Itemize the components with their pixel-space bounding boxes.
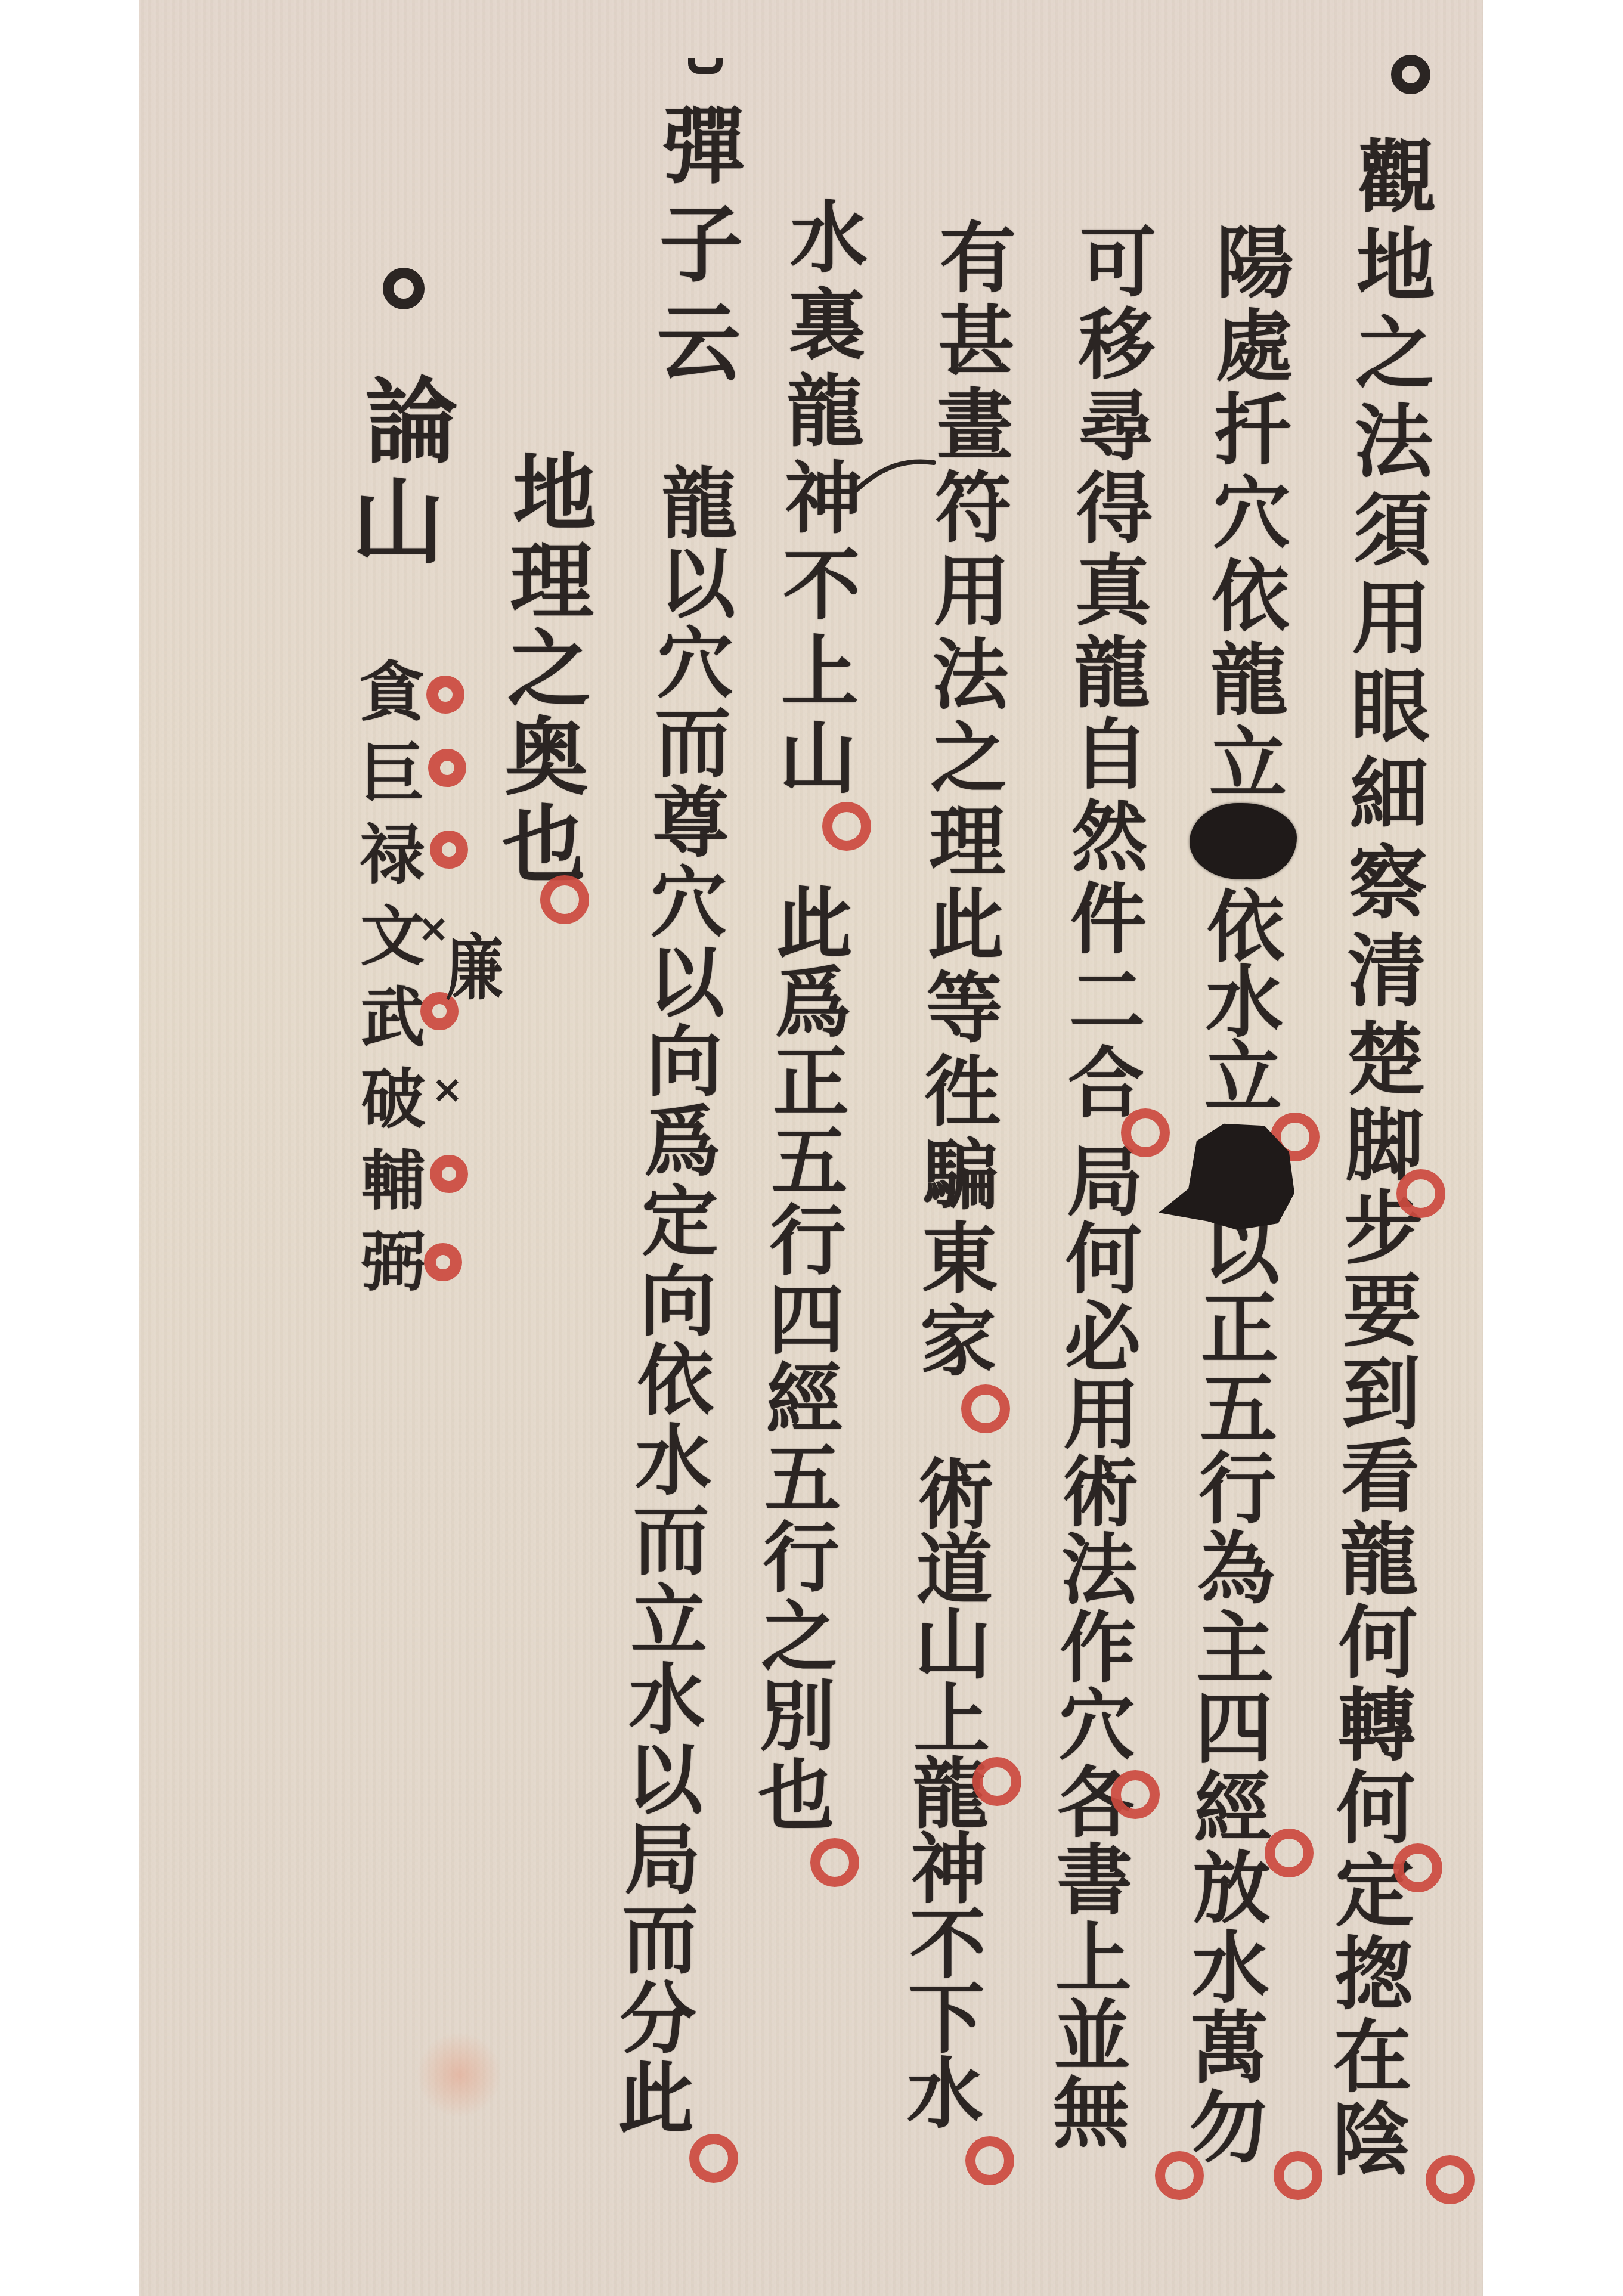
character: 龍	[786, 373, 864, 450]
character: 五	[1200, 1370, 1277, 1448]
character: 局	[1067, 1144, 1143, 1220]
red-circle-punctuation-icon	[430, 1155, 468, 1193]
character: 件	[1070, 882, 1147, 958]
character: 水	[1192, 1929, 1269, 2007]
character: 山	[352, 475, 445, 568]
character: 山	[915, 1607, 991, 1683]
character: 不	[909, 1907, 986, 1983]
character: 分	[620, 1981, 696, 2058]
ink-blot-deletion	[1159, 1121, 1294, 1230]
character: 法	[1061, 1532, 1137, 1609]
character: 武	[361, 986, 425, 1050]
character: 甚	[938, 304, 1014, 380]
character: 破	[361, 1067, 425, 1132]
character: 之	[761, 1600, 838, 1676]
character: 揔	[1334, 1935, 1413, 2014]
character: 上	[781, 633, 859, 711]
character: 水	[628, 1662, 705, 1739]
red-circle-punctuation-icon	[822, 802, 871, 851]
character: 觀	[1358, 138, 1436, 217]
character: 尋	[1077, 389, 1154, 465]
character: 轉	[1337, 1687, 1416, 1765]
character: 然	[1071, 800, 1148, 876]
ink-blot-deletion	[1190, 803, 1297, 879]
character: 定	[642, 1184, 718, 1260]
character: 何	[1339, 1604, 1417, 1683]
character: 依	[1207, 888, 1284, 966]
character: 主	[1196, 1610, 1274, 1687]
character: 神	[911, 1832, 987, 1908]
character: 察	[1349, 844, 1427, 923]
character: 立	[1209, 725, 1287, 802]
red-circle-punctuation-icon	[810, 1838, 859, 1887]
character: 術	[1062, 1455, 1138, 1531]
red-circle-punctuation-icon	[1265, 1829, 1314, 1877]
character: 向	[646, 1024, 722, 1101]
character: 真	[1075, 553, 1151, 630]
character: 彈	[662, 105, 745, 188]
character: 而	[633, 1503, 710, 1579]
character: 家	[920, 1304, 996, 1380]
character: 道	[916, 1532, 993, 1609]
character: 穴	[651, 865, 727, 941]
character: 神	[785, 460, 862, 537]
character: 巨	[360, 742, 424, 806]
character: 龍	[1340, 1521, 1418, 1600]
character: 之	[1355, 315, 1434, 393]
character: 清	[1348, 932, 1426, 1011]
character: 四	[1195, 1690, 1273, 1767]
manuscript-text-area: 觀地之法須用眼細察清楚脚步要到看龍何轉何定揔在陰陽處扦穴依龍立依水立以正五行為主…	[0, 0, 1623, 2296]
character: 用	[934, 554, 1010, 630]
character: 法	[932, 637, 1008, 714]
character: 別	[760, 1679, 836, 1755]
character: 用	[1063, 1377, 1139, 1454]
character: 穴	[1213, 475, 1290, 552]
character: 禄	[360, 823, 425, 887]
character: 依	[637, 1343, 714, 1420]
red-circle-punctuation-icon	[1274, 2151, 1322, 2200]
red-circle-punctuation-icon	[430, 831, 468, 869]
character: 也	[758, 1758, 834, 1835]
character: 陰	[1332, 2101, 1411, 2180]
character: 理	[929, 804, 1005, 881]
character: 子	[659, 203, 743, 287]
character: 等	[926, 971, 1002, 1047]
character: 行	[1198, 1450, 1276, 1527]
character: 水	[790, 199, 868, 277]
character: 徃	[925, 1054, 1001, 1130]
character: 裏	[788, 286, 866, 364]
character: 貪	[360, 660, 424, 724]
character: 尊	[652, 785, 729, 862]
character: 可	[1080, 225, 1156, 301]
character: 而	[622, 1902, 698, 1978]
character: 以	[627, 1742, 703, 1818]
character: 水	[907, 2056, 983, 2133]
character: 此	[928, 887, 1004, 963]
character: 理	[510, 540, 593, 624]
character: 正	[1201, 1290, 1278, 1368]
red-circle-punctuation-icon	[689, 2134, 738, 2183]
character: 到	[1342, 1355, 1421, 1434]
character: 穴	[1059, 1688, 1135, 1764]
character: 向	[639, 1264, 716, 1340]
character: 行	[770, 1203, 846, 1279]
character: 爲	[644, 1104, 720, 1180]
character: 水	[1206, 963, 1283, 1041]
character: 以	[648, 945, 724, 1021]
character: 看	[1341, 1438, 1420, 1517]
character: 用	[1352, 580, 1431, 658]
character: 必	[1064, 1300, 1141, 1376]
character: 此	[618, 2061, 694, 2137]
red-circle-punctuation-icon	[428, 749, 466, 787]
character: 爲	[775, 965, 851, 1042]
character: 經	[1194, 1770, 1272, 1847]
character: 立	[1204, 1039, 1282, 1116]
character: 東	[922, 1221, 998, 1297]
character: 依	[1212, 558, 1289, 636]
red-circle-punctuation-icon	[1426, 2155, 1475, 2204]
character: 正	[773, 1045, 849, 1121]
character: 並	[1054, 1998, 1130, 2075]
character: 合	[1068, 1046, 1144, 1122]
character: 得	[1076, 471, 1153, 547]
character: 無	[1053, 2076, 1129, 2152]
character: 輔	[361, 1149, 426, 1213]
character: 扦	[1214, 391, 1291, 469]
character: 須	[1353, 491, 1432, 570]
character: 龍	[1074, 636, 1150, 712]
quotation-start-mark	[688, 58, 723, 74]
character: 細	[1350, 756, 1429, 835]
character: 上	[913, 1682, 990, 1758]
red-circle-punctuation-icon	[965, 2136, 1014, 2185]
section-start-circle-icon	[1391, 55, 1430, 94]
character: 自	[1073, 717, 1149, 794]
red-circle-punctuation-icon	[1155, 2151, 1204, 2200]
character: 為	[1197, 1530, 1275, 1607]
section-start-circle-icon	[383, 268, 425, 309]
character: 經	[766, 1362, 843, 1438]
character: 弼	[361, 1230, 426, 1294]
red-circle-punctuation-icon	[1393, 1843, 1442, 1892]
character: 勿	[1190, 2089, 1267, 2167]
red-circle-punctuation-icon	[1121, 1108, 1170, 1157]
character: 之	[507, 628, 591, 711]
character: 以	[659, 546, 735, 622]
character: 龍	[661, 466, 738, 543]
character: 何	[1336, 1770, 1415, 1848]
character: 有	[940, 221, 1016, 297]
character: 二	[1069, 963, 1145, 1040]
character: 此	[776, 886, 853, 962]
character: 四	[768, 1282, 844, 1359]
character: 地	[513, 452, 596, 535]
character: 陽	[1216, 224, 1294, 302]
character: 下	[908, 1981, 984, 2058]
character: 要	[1343, 1272, 1421, 1351]
character: 在	[1333, 2018, 1412, 2097]
character: 楚	[1346, 1021, 1425, 1099]
character: 放	[1193, 1849, 1271, 1927]
character: 地	[1356, 227, 1435, 305]
character: 之	[931, 721, 1007, 797]
character: 移	[1079, 307, 1155, 383]
character: 文	[360, 904, 425, 969]
character: 水	[635, 1423, 711, 1499]
character: 穴	[657, 626, 733, 702]
character: 符	[935, 470, 1011, 547]
character: 不	[783, 546, 860, 624]
character: 騙	[923, 1138, 999, 1214]
character: 行	[763, 1520, 839, 1597]
red-circle-punctuation-icon	[540, 875, 589, 924]
character: 論	[366, 375, 458, 467]
cross-mark: ×	[431, 1071, 463, 1109]
character: 奥	[504, 716, 588, 800]
character: 作	[1060, 1610, 1136, 1687]
cross-mark: ×	[417, 910, 450, 948]
character: 上	[1055, 1921, 1132, 1997]
character: 局	[624, 1822, 701, 1898]
character: 法	[1354, 403, 1433, 482]
red-circle-punctuation-icon	[1396, 1169, 1445, 1218]
character: 也	[502, 804, 586, 887]
character: 書	[1057, 1843, 1133, 1919]
character: 畫	[937, 388, 1013, 464]
character: 而	[655, 705, 731, 782]
character: 五	[772, 1124, 848, 1200]
character: 何	[1066, 1222, 1142, 1298]
character: 眼	[1351, 668, 1430, 746]
marginal-insertion-character: 廉	[446, 933, 504, 1003]
character: 云	[657, 302, 741, 385]
red-circle-punctuation-icon	[1111, 1770, 1160, 1819]
character: 龍	[1210, 642, 1288, 719]
character: 立	[631, 1583, 707, 1659]
character: 處	[1215, 308, 1293, 385]
red-circle-punctuation-icon	[424, 1243, 462, 1281]
red-circle-punctuation-icon	[426, 676, 464, 714]
character: 五	[764, 1441, 841, 1517]
character: 山	[779, 720, 857, 797]
red-circle-punctuation-icon	[961, 1384, 1010, 1433]
character: 萬	[1191, 2009, 1268, 2087]
red-circle-punctuation-icon	[972, 1757, 1021, 1806]
character: 術	[918, 1457, 994, 1533]
